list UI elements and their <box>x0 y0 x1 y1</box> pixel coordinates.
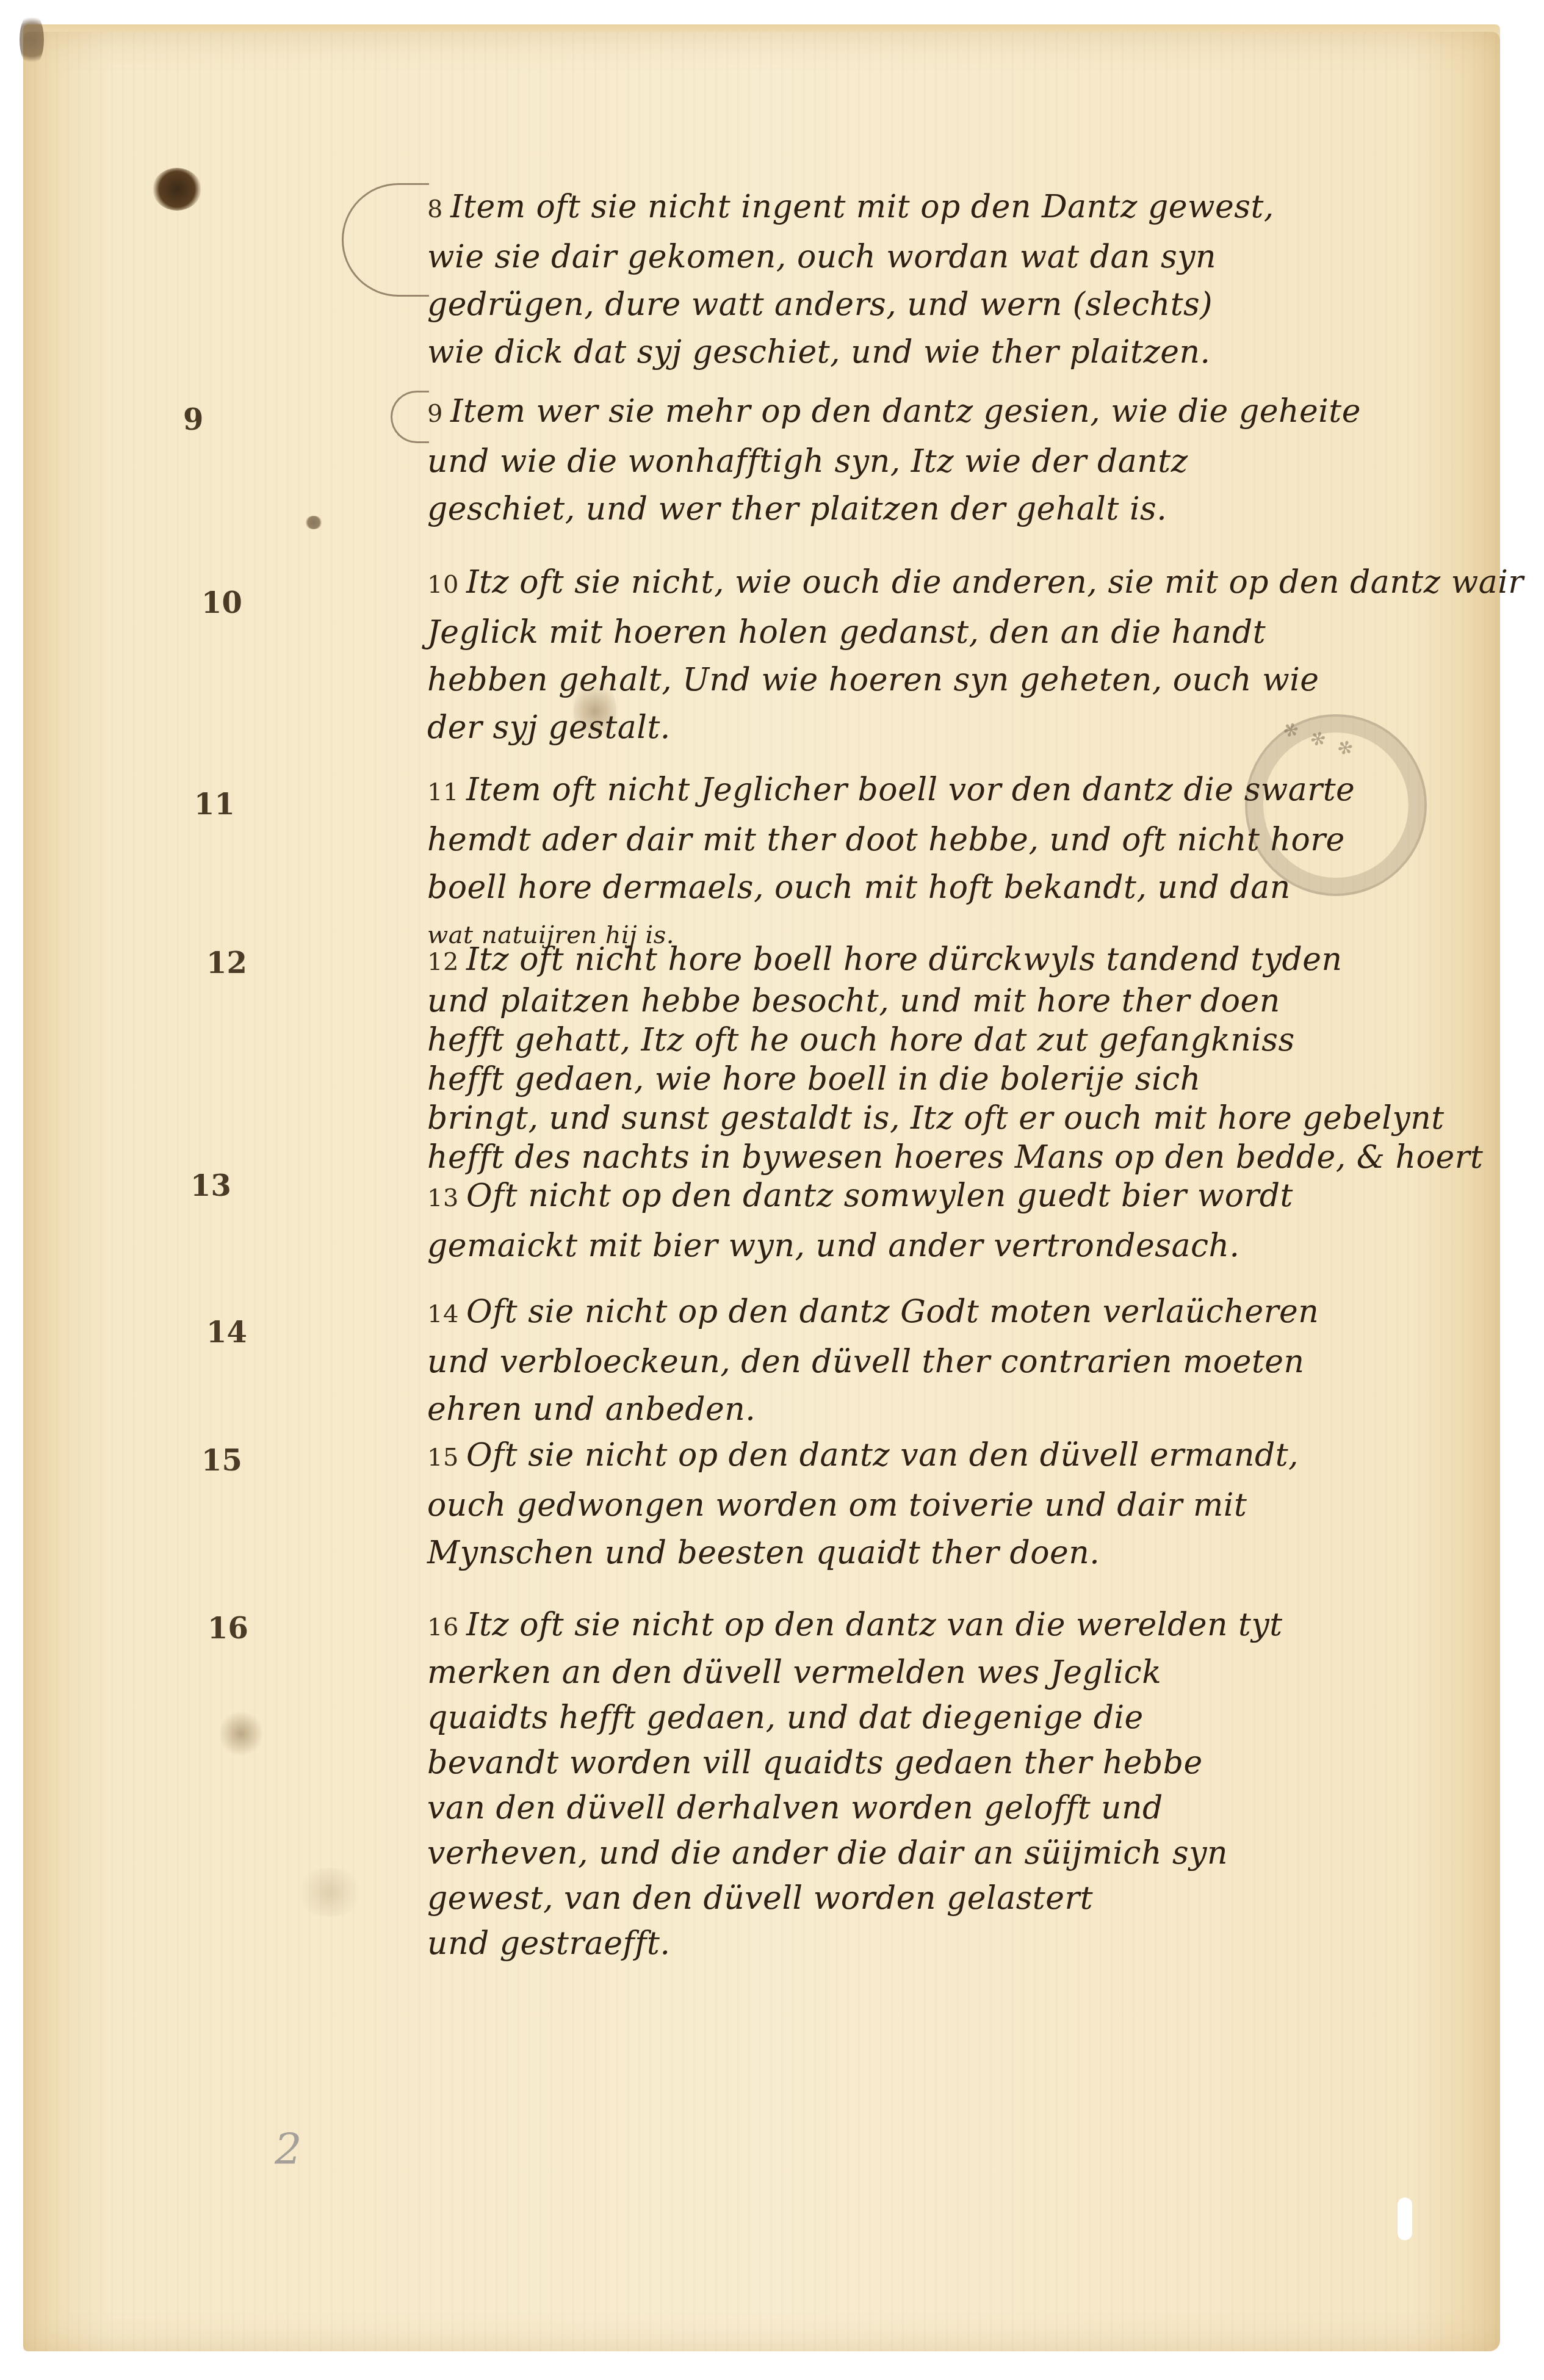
article-line: 10Itz oft sie nicht, wie ouch die andere… <box>427 559 1483 609</box>
paper-hole <box>1398 2197 1412 2240</box>
margin-number-10: 10 <box>201 586 242 620</box>
article-line: Mynschen und beesten quaidt ther doen. <box>427 1529 1483 1577</box>
article-10: 10Itz oft sie nicht, wie ouch die andere… <box>427 559 1483 751</box>
article-line: 16Itz oft sie nicht op den dantz van die… <box>427 1602 1483 1650</box>
margin-number-15: 15 <box>201 1444 242 1478</box>
article-number: 11 <box>427 778 459 806</box>
article-line: bevandt worden vill quaidts gedaen ther … <box>427 1740 1483 1785</box>
article-number: 9 <box>427 400 443 428</box>
margin-number-12: 12 <box>206 946 247 980</box>
article-number: 10 <box>427 571 459 599</box>
article-line: geschiet, und wer ther plaitzen der geha… <box>427 485 1483 533</box>
article-12: 12Itz oft nicht hore boell hore dürckwyl… <box>427 940 1483 1177</box>
article-line: 15Oft sie nicht op den dantz van den düv… <box>427 1431 1483 1481</box>
article-line: 14Oft sie nicht op den dantz Godt moten … <box>427 1288 1483 1338</box>
article-number: 13 <box>427 1184 459 1212</box>
article-line: van den düvell derhalven worden gelofft … <box>427 1785 1483 1831</box>
article-number: 14 <box>427 1300 459 1328</box>
article-line: gemaickt mit bier wyn, und ander vertron… <box>427 1222 1483 1270</box>
article-line: hefft gedaen, wie hore boell in die bole… <box>427 1060 1483 1099</box>
article-line: 12Itz oft nicht hore boell hore dürckwyl… <box>427 940 1483 982</box>
article-line: gedrügen, dure watt anders, und wern (sl… <box>427 281 1483 328</box>
article-line: und gestraefft. <box>427 1921 1483 1966</box>
article-line: merken an den düvell vermelden wes Jegli… <box>427 1650 1483 1695</box>
margin-number-11: 11 <box>194 787 235 822</box>
article-line: hefft des nachts in bywesen hoeres Mans … <box>427 1138 1483 1177</box>
stain <box>220 1709 262 1758</box>
article-line: gewest, van den düvell worden gelastert <box>427 1876 1483 1921</box>
article-9: 9Item wer sie mehr op den dantz gesien, … <box>427 388 1483 533</box>
article-line: verheven, und die ander die dair an süij… <box>427 1831 1483 1876</box>
margin-number-9: 9 <box>183 403 203 437</box>
margin-number-13: 13 <box>190 1169 231 1203</box>
article-line: bringt, und sunst gestaldt is, Itz oft e… <box>427 1099 1483 1138</box>
article-line: hefft gehatt, Itz oft he ouch hore dat z… <box>427 1021 1483 1060</box>
article-line: wie dick dat syj geschiet, und wie ther … <box>427 328 1483 376</box>
margin-number-16: 16 <box>207 1611 248 1646</box>
article-line: 9Item wer sie mehr op den dantz gesien, … <box>427 388 1483 438</box>
article-number: 15 <box>427 1444 459 1472</box>
article-15: 15Oft sie nicht op den dantz van den düv… <box>427 1431 1483 1577</box>
article-line: und plaitzen hebbe besocht, und mit hore… <box>427 982 1483 1021</box>
article-line: 13Oft nicht op den dantz somwylen guedt … <box>427 1172 1483 1222</box>
article-16: 16Itz oft sie nicht op den dantz van die… <box>427 1602 1483 1966</box>
article-line: Jeglick mit hoeren holen gedanst, den an… <box>427 609 1483 656</box>
article-line: und verbloeckeun, den düvell ther contra… <box>427 1338 1483 1386</box>
article-number: 16 <box>427 1613 459 1641</box>
pencil-folio-mark: 2 <box>275 2124 302 2174</box>
article-line: boell hore dermaels, ouch mit hoft bekan… <box>427 864 1483 911</box>
stain <box>293 1868 366 1917</box>
article-line: 11Item oft nicht Jeglicher boell vor den… <box>427 766 1483 816</box>
article-line: ouch gedwongen worden om toiverie und da… <box>427 1481 1483 1529</box>
article-line: der syj gestalt. <box>427 704 1483 751</box>
article-number: 8 <box>427 195 443 223</box>
article-line: hemdt ader dair mit ther doot hebbe, und… <box>427 816 1483 864</box>
article-line: und wie die wonhafftigh syn, Itz wie der… <box>427 438 1483 485</box>
article-line: wie sie dair gekomen, ouch wordan wat da… <box>427 233 1483 281</box>
article-line: hebben gehalt, Und wie hoeren syn gehete… <box>427 656 1483 704</box>
margin-number-14: 14 <box>206 1315 247 1350</box>
article-line: quaidts hefft gedaen, und dat diegenige … <box>427 1695 1483 1740</box>
article-number: 12 <box>427 948 459 976</box>
binding-mark-top <box>20 12 44 67</box>
article-8: 8Item oft sie nicht ingent mit op den Da… <box>427 183 1483 376</box>
ink-blot-small <box>305 516 322 529</box>
article-line: 8Item oft sie nicht ingent mit op den Da… <box>427 183 1483 233</box>
ink-blot <box>153 168 201 211</box>
article-13: 13Oft nicht op den dantz somwylen guedt … <box>427 1172 1483 1270</box>
article-11: 11Item oft nicht Jeglicher boell vor den… <box>427 766 1483 959</box>
article-14: 14Oft sie nicht op den dantz Godt moten … <box>427 1288 1483 1433</box>
article-line: ehren und anbeden. <box>427 1386 1483 1433</box>
